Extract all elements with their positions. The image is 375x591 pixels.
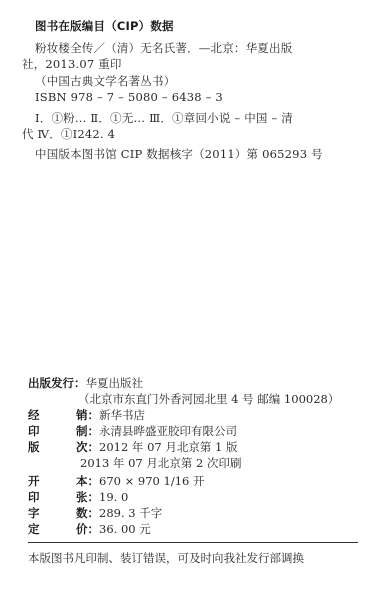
row-value: 永清县晔盛亚胶印有限公司 (99, 424, 237, 438)
publisher-row: 出版发行：华夏出版社 (28, 376, 143, 390)
footer-notice: 本版图书凡印制、装订错误，可及时向我社发行部调换 (28, 551, 304, 565)
imprint-row-wordcount: 字数：289. 3 千字 (28, 506, 162, 520)
imprint-row-sheets: 印张：19. 0 (28, 490, 128, 504)
imprint-row-distributor: 经销：新华书店 (28, 408, 145, 422)
row-label: 张： (76, 490, 99, 504)
cip-line: 社，2013.07 重印 (22, 57, 122, 71)
row-value: 19. 0 (99, 490, 128, 504)
row-label: 次： (76, 440, 99, 454)
row-label: 字 (28, 506, 76, 520)
imprint-row-printer: 印制：永清县晔盛亚胶印有限公司 (28, 424, 237, 438)
row-value: 289. 3 千字 (99, 506, 162, 520)
imprint-row-edition: 版次：2012 年 07 月北京第 1 版 (28, 440, 238, 454)
cip-line: 粉妆楼全传／（清）无名氏著．—北京：华夏出版 (35, 41, 292, 55)
imprint-row-price: 定价：36. 00 元 (28, 522, 151, 536)
cip-verification-line: 中国版本图书馆 CIP 数据核字（2011）第 065293 号 (35, 147, 323, 161)
publisher-label: 出版发行： (28, 376, 86, 390)
row-label: 定 (28, 522, 76, 536)
publisher-value: 华夏出版社 (86, 376, 144, 390)
row-label: 价： (76, 522, 99, 536)
row-label: 印 (28, 490, 76, 504)
cip-line: ISBN 978 – 7 – 5080 – 6438 – 3 (35, 90, 223, 104)
row-label: 销： (76, 408, 99, 422)
imprint-row-printing: 2013 年 07 月北京第 2 次印刷 (80, 456, 242, 470)
row-value: 670 × 970 1/16 开 (99, 474, 204, 488)
row-label: 开 (28, 474, 76, 488)
cip-heading: 图书在版编目（CIP）数据 (35, 19, 174, 33)
row-value: 2012 年 07 月北京第 1 版 (99, 440, 238, 454)
cip-line: （中国古典文学名著丛书） (35, 74, 175, 88)
row-label: 数： (76, 506, 99, 520)
row-value: 2013 年 07 月北京第 2 次印刷 (80, 456, 242, 470)
cip-line: 代 Ⅳ．①I242. 4 (22, 127, 115, 141)
imprint-row-format: 开本：670 × 970 1/16 开 (28, 474, 204, 488)
row-value: 新华书店 (99, 408, 145, 422)
row-label: 制： (76, 424, 99, 438)
cip-line: Ⅰ．①粉… Ⅱ．①无… Ⅲ．①章回小说 – 中国 – 清 (35, 111, 293, 125)
row-label: 印 (28, 424, 76, 438)
publisher-address: （北京市东直门外香河园北里 4 号 邮编 100028） (78, 392, 339, 406)
row-label: 本： (76, 474, 99, 488)
row-label: 版 (28, 440, 76, 454)
row-label: 经 (28, 408, 76, 422)
row-value: 36. 00 元 (99, 522, 151, 536)
divider-rule (28, 542, 358, 543)
